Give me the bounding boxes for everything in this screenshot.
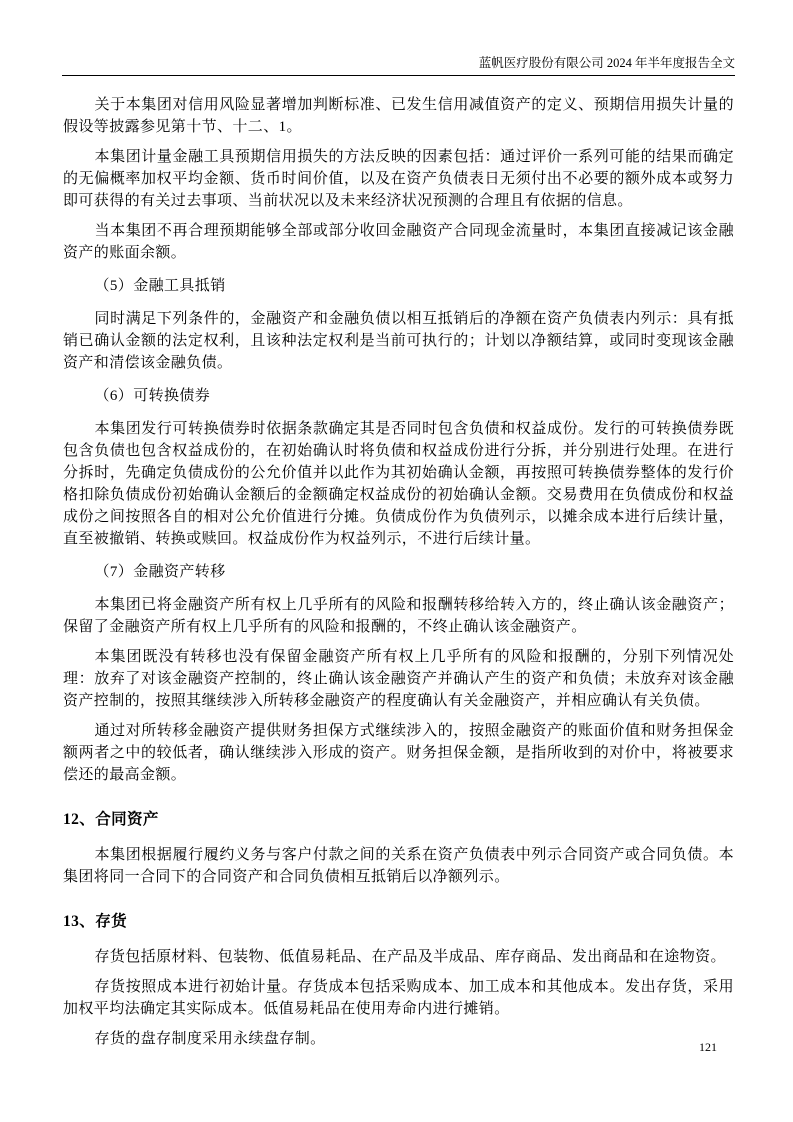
paragraph: 本集团已将金融资产所有权上几乎所有的风险和报酬转移给转入方的，终止确认该金融资产… [63, 594, 734, 638]
sub-heading-financial-instrument-offset: （5）金融工具抵销 [63, 275, 734, 297]
paragraph: 本集团计量金融工具预期信用损失的方法反映的因素包括：通过评价一系列可能的结果而确… [63, 146, 734, 212]
paragraph: 存货按照成本进行初始计量。存货成本包括采购成本、加工成本和其他成本。发出存货，采… [63, 976, 734, 1020]
sub-heading-financial-asset-transfer: （7）金融资产转移 [63, 561, 734, 583]
sub-heading-convertible-bonds: （6）可转换债券 [63, 385, 734, 407]
paragraph: 存货的盘存制度采用永续盘存制。 [63, 1028, 734, 1050]
paragraph: 本集团既没有转移也没有保留金融资产所有权上几乎所有的风险和报酬的，分别下列情况处… [63, 646, 734, 712]
section-heading-contract-assets: 12、合同资产 [63, 809, 734, 831]
document-body: 关于本集团对信用风险显著增加判断标准、已发生信用减值资产的定义、预期信用损失计量… [63, 86, 734, 1058]
document-page: 蓝帆医疗股份有限公司 2024 年半年度报告全文 关于本集团对信用风险显著增加判… [0, 0, 793, 1122]
page-number: 121 [699, 1040, 717, 1054]
paragraph: 存货包括原材料、包装物、低值易耗品、在产品及半成品、库存商品、发出商品和在途物资… [63, 946, 734, 968]
paragraph: 本集团发行可转换债券时依据条款确定其是否同时包含负债和权益成份。发行的可转换债券… [63, 418, 734, 550]
section-heading-inventory: 13、存货 [63, 911, 734, 933]
page-header: 蓝帆医疗股份有限公司 2024 年半年度报告全文 [62, 55, 735, 76]
paragraph: 本集团根据履行履约义务与客户付款之间的关系在资产负债表中列示合同资产或合同负债。… [63, 844, 734, 888]
paragraph: 同时满足下列条件的，金融资产和金融负债以相互抵销后的净额在资产负债表内列示：具有… [63, 308, 734, 374]
report-title: 蓝帆医疗股份有限公司 2024 年半年度报告全文 [479, 56, 735, 70]
paragraph: 关于本集团对信用风险显著增加判断标准、已发生信用减值资产的定义、预期信用损失计量… [63, 94, 734, 138]
paragraph: 通过对所转移金融资产提供财务担保方式继续涉入的，按照金融资产的账面价值和财务担保… [63, 720, 734, 786]
paragraph: 当本集团不再合理预期能够全部或部分收回金融资产合同现金流量时，本集团直接减记该金… [63, 220, 734, 264]
